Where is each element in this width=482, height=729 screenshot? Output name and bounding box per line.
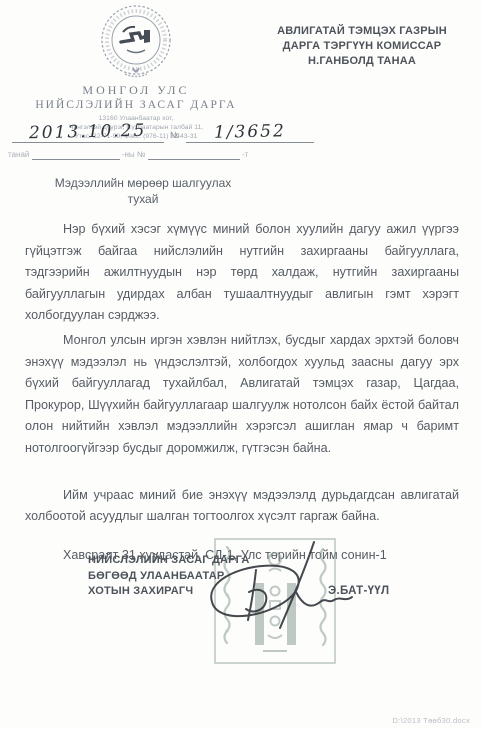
reply-suffix: -т xyxy=(242,150,248,159)
scanned-letter-page: МОНГОЛ УЛС НИЙСЛЭЛИЙН ЗАСАГ ДАРГА 13160 … xyxy=(0,0,482,729)
signer-title-line-1: НИЙСЛЭЛИЙН ЗАСАГ ДАРГА xyxy=(88,553,308,569)
paragraph-2: Монгол улсын иргэн хэвлэн нийтлэх, бусды… xyxy=(25,330,459,460)
date-handwritten: 2013.10.25 xyxy=(12,122,164,143)
blank-line xyxy=(32,150,120,160)
recipient-line-3: Н.ГАНБОЛД ТАНАА xyxy=(252,54,472,69)
subject-block: Мэдээллийн мөрөөр шалгуулах тухай xyxy=(38,175,248,207)
blank-line xyxy=(148,150,240,160)
subject-line-1: Мэдээллийн мөрөөр шалгуулах xyxy=(38,175,248,191)
reference-row: 2013.10.25 № 1/3652 xyxy=(8,122,338,148)
letter-body: Нэр бүхий хэсэг хүмүүс миний болон хуули… xyxy=(25,219,459,566)
reply-mid: -ны № xyxy=(122,150,146,159)
recipient-line-1: АВЛИГАТАЙ ТЭМЦЭХ ГАЗРЫН xyxy=(252,24,472,39)
footer-file-note: D:\2013 Төөб30.docx xyxy=(392,716,470,725)
subject-line-2: тухай xyxy=(38,191,248,207)
recipient-block: АВЛИГАТАЙ ТЭМЦЭХ ГАЗРЫН ДАРГА ТЭРГҮҮН КО… xyxy=(252,24,472,69)
state-emblem-icon xyxy=(97,2,175,82)
signer-title-line-3: ХОТЫН ЗАХИРАГЧ xyxy=(88,584,308,600)
org-name: НИЙСЛЭЛИЙН ЗАСАГ ДАРГА xyxy=(18,99,254,111)
signer-name: Э.БАТ-ҮҮЛ xyxy=(328,585,389,597)
paragraph-1: Нэр бүхий хэсэг хүмүүс миний болон хуули… xyxy=(25,219,459,327)
reply-reference-row: танай -ны № -т xyxy=(8,150,338,160)
paragraph-3: Ийм учраас миний бие энэхүү мэдээлэлд ду… xyxy=(25,485,459,528)
number-sign: № xyxy=(170,130,180,140)
org-country: МОНГОЛ УЛС xyxy=(18,83,254,98)
signer-title-line-2: БӨГӨӨД УЛААНБААТАР xyxy=(88,569,308,585)
recipient-line-2: ДАРГА ТЭРГҮҮН КОМИССАР xyxy=(252,39,472,54)
reply-prefix: танай xyxy=(8,150,29,159)
reference-number-handwritten: 1/3652 xyxy=(186,122,314,143)
signer-title-block: НИЙСЛЭЛИЙН ЗАСАГ ДАРГА БӨГӨӨД УЛААНБААТА… xyxy=(88,553,308,600)
